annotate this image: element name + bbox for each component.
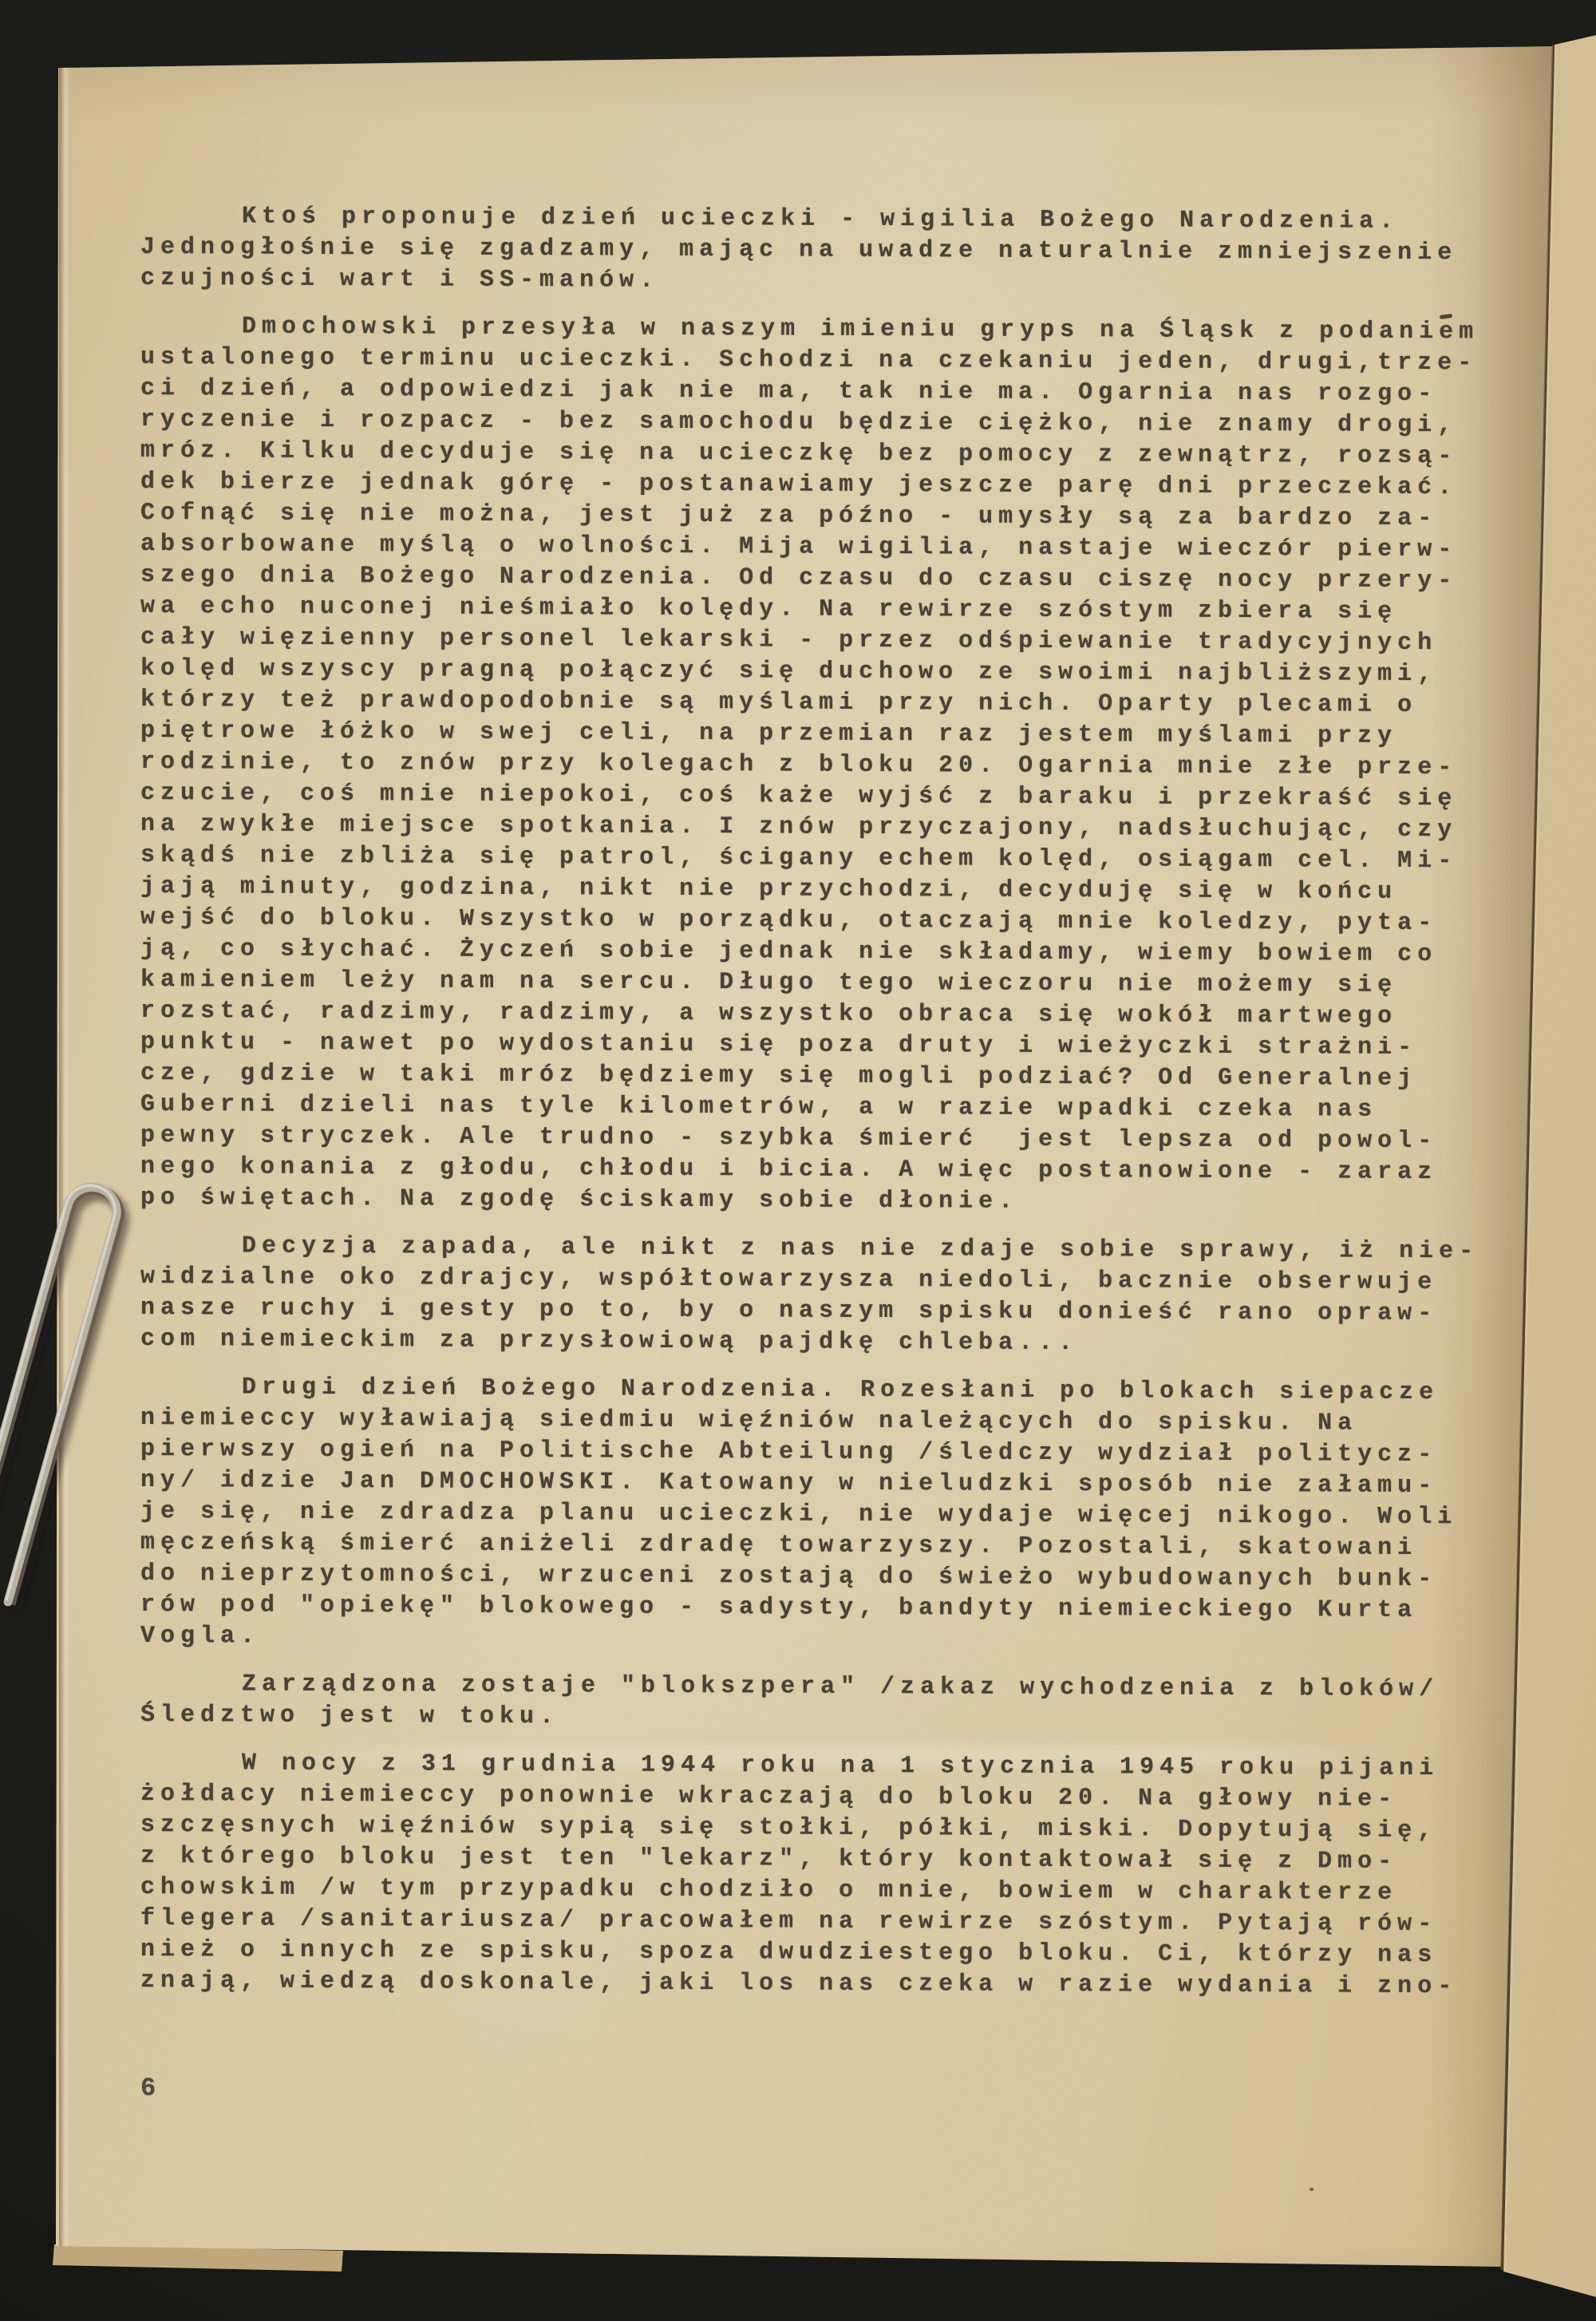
page-text: Ktoś proponuje dzień ucieczki - wigilia … — [140, 201, 1529, 2003]
page-number: 6 — [140, 2074, 160, 2103]
page-left-edge-highlight — [59, 64, 70, 2248]
scan-photo: Ktoś proponuje dzień ucieczki - wigilia … — [0, 0, 1596, 2321]
paragraph-1: Ktoś proponuje dzień ucieczki - wigilia … — [140, 201, 1529, 301]
book-page: Ktoś proponuje dzień ucieczki - wigilia … — [0, 0, 1596, 2321]
ink-speck — [1310, 2188, 1314, 2191]
paragraph-5: Zarządzona zostaje "blokszpera" /zakaz w… — [140, 1669, 1529, 1738]
paragraph-4: Drugi dzień Bożego Narodzenia. Rozesłani… — [140, 1372, 1529, 1659]
paragraph-3: Decyzja zapada, ale nikt z nas nie zdaje… — [140, 1231, 1529, 1362]
paragraph-6: W nocy z 31 grudnia 1944 roku na 1 stycz… — [140, 1748, 1529, 2003]
paragraph-2: Dmochowski przesyła w naszym imieniu gry… — [140, 311, 1529, 1220]
